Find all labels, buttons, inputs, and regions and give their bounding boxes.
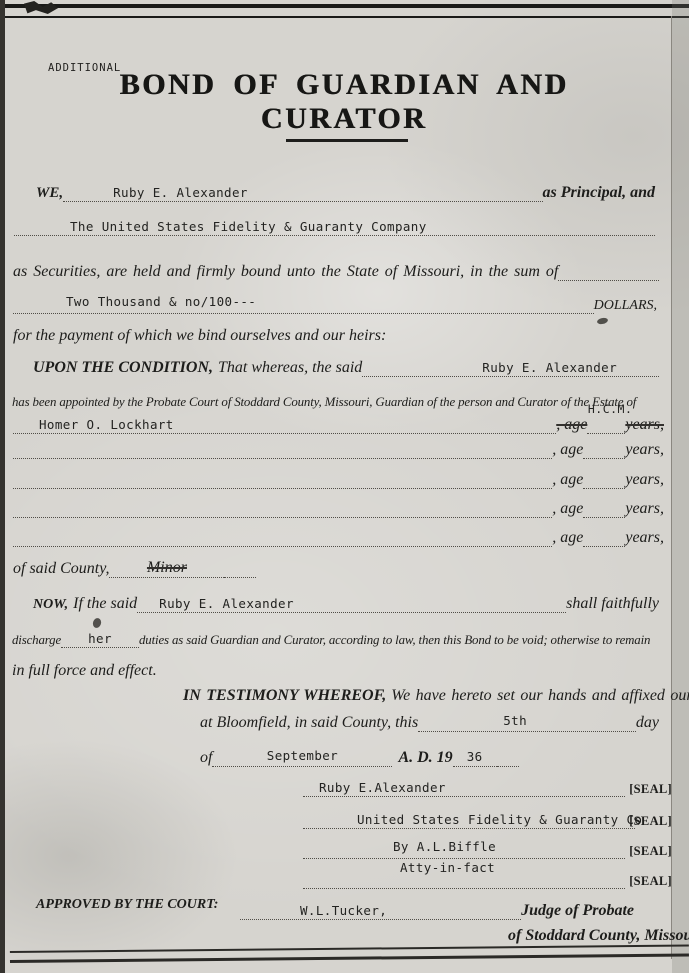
discharge-line: discharge her duties as said Guardian an… [12,627,650,648]
dotted-rule: Ruby E. Alexander [63,185,542,202]
dotted-rule: United States Fidelity & Guaranty Co [303,812,635,829]
duties-clause: duties as said Guardian and Curator, acc… [139,633,650,648]
seal-label: [SEAL] [629,814,672,829]
now-label: NOW, [33,597,68,613]
judge-title: Judge of Probate [521,902,634,920]
judge-title-line-2: of Stoddard County, Missouri. [508,925,689,945]
signature-name-surety: United States Fidelity & Guaranty Co [357,812,642,827]
dotted-rule [583,532,625,547]
testimony-whereof-label: IN TESTIMONY WHEREOF, [183,687,386,705]
title-divider [286,139,408,142]
condition-name: Ruby E. Alexander [482,360,617,375]
dotted-rule [583,503,625,518]
payment-clause: for the payment of which we bind ourselv… [13,327,386,345]
bottom-border-rule [10,944,689,963]
dotted-rule [13,546,552,547]
county-line: of said County, Minor [13,557,256,578]
surety-line: The United States Fidelity & Guaranty Co… [14,215,655,236]
ink-smudge [596,317,608,325]
day-value: 5th [503,713,527,728]
discharge-label: discharge [12,633,61,648]
approved-by-court-label: APPROVED BY THE COURT: [36,897,218,913]
age-label: , age [552,471,583,489]
signature-name-attorney: By A.L.Biffle [393,839,496,854]
securities-line: as Securities, are held and firmly bound… [13,260,659,281]
struck-age-label: , age [556,416,587,434]
year-value: 36 [467,749,483,764]
payment-line: for the payment of which we bind ourselv… [13,325,386,345]
scan-left-edge [0,0,5,973]
age-label: , age [552,441,583,459]
dotted-rule [13,517,552,518]
now-line: NOW, If the said Ruby E. Alexander shall… [33,592,659,613]
whereas-clause: That whereas, the said [218,359,362,377]
dotted-rule: By A.L.Biffle [303,839,625,859]
of-county-label: of said County, [13,560,109,578]
age-line: , age years, [13,498,664,518]
document-title: BOND OF GUARDIAN AND CURATOR [40,68,648,136]
signature-line-2: United States Fidelity & Guaranty Co [SE… [303,808,672,829]
ward-initials: H.C.M. [588,402,633,416]
surety-name: The United States Fidelity & Guaranty Co… [70,219,427,234]
faithfully-label: shall faithfully [566,595,659,613]
dotted-rule [583,474,625,489]
day-label: day [636,714,659,732]
judge-signature-line: W.L.Tucker, Judge of Probate [240,899,634,920]
dotted-rule [497,754,519,767]
top-border-rule [0,4,689,18]
judge-title-county: of Stoddard County, Missouri. [508,927,689,945]
testimony-clause: We have hereto set our hands and affixed… [391,687,689,705]
dotted-rule: 36 [453,749,497,767]
execution-date-line: of September A. D. 19 36 [200,746,519,767]
condition-line: UPON THE CONDITION, That whereas, the sa… [33,356,659,377]
dotted-rule: Homer O. Lockhart [13,417,556,434]
seal-label: [SEAL] [629,874,672,889]
dotted-rule: Ruby E.Alexander [303,780,625,797]
obligor-name: Ruby E. Alexander [159,596,294,611]
struck-years-label: years, [625,416,664,434]
dotted-rule: her [61,631,139,648]
dotted-rule: The United States Fidelity & Guaranty Co… [14,219,655,236]
upon-condition-label: UPON THE CONDITION, [33,359,213,377]
force-line: in full force and effect. [12,660,157,680]
dotted-rule: W.L.Tucker, [240,903,521,920]
minor-label-struck: Minor [147,559,187,577]
dotted-rule: September [212,748,392,767]
judge-name: W.L.Tucker, [300,903,387,918]
age-line: , age years, [13,469,664,489]
seal-label: [SEAL] [629,782,672,797]
scanned-bond-document: ADDITIONAL BOND OF GUARDIAN AND CURATOR … [0,0,689,973]
years-label: years, [625,500,664,518]
dotted-rule: Two Thousand & no/100--- [13,294,594,314]
dotted-rule [13,488,552,489]
age-label: , age [552,500,583,518]
principal-name: Ruby E. Alexander [113,185,248,200]
force-clause: in full force and effect. [12,662,157,680]
approved-line: APPROVED BY THE COURT: [36,893,218,913]
ward-name: Homer O. Lockhart [39,417,174,432]
age-line: , age years, [13,439,664,459]
age-label: , age [552,529,583,547]
age-line: , age years, [13,527,664,547]
years-label: years, [625,441,664,459]
pronoun-value: her [88,631,112,646]
scan-right-margin [672,0,689,973]
years-label: years, [625,471,664,489]
signature-name-principal: Ruby E.Alexander [319,780,446,795]
signature-line-4: [SEAL] [303,868,672,889]
dotted-rule [224,565,256,578]
execution-place-line: at Bloomfield, in said County, this 5th … [200,711,659,732]
we-label: WE, [36,185,63,202]
bond-amount: Two Thousand & no/100--- [66,294,256,309]
of-label: of [200,749,212,767]
ward-initials-block: H.C.M. , age years, [556,402,664,434]
seal-label: [SEAL] [629,844,672,859]
dollars-label: DOLLARS, [594,298,657,314]
testimony-line: IN TESTIMONY WHEREOF, We have hereto set… [183,685,689,705]
dotted-rule: Ruby E. Alexander [137,596,566,613]
principal-line: WE, Ruby E. Alexander as Principal, and [36,181,655,202]
month-value: September [267,748,338,763]
at-county-clause: at Bloomfield, in said County, this [200,714,418,732]
dotted-rule: Minor [109,559,224,578]
dotted-rule [558,280,659,281]
dotted-rule [303,888,625,889]
securities-clause: as Securities, are held and firmly bound… [13,263,558,281]
dotted-rule: 5th [418,713,636,732]
dotted-rule [587,419,625,434]
if-said-label: If the said [73,595,137,613]
ad-label: A. D. 19 [398,749,452,767]
signature-line-1: Ruby E.Alexander [SEAL] [303,776,672,797]
dotted-rule [13,458,552,459]
ward-line: Homer O. Lockhart H.C.M. , age years, [13,405,664,434]
signature-line-3: By A.L.Biffle [SEAL] [303,838,672,859]
amount-line: Two Thousand & no/100--- DOLLARS, [13,293,657,314]
dotted-rule: Ruby E. Alexander [362,360,659,377]
as-principal-label: as Principal, and [543,184,655,202]
years-label: years, [625,529,664,547]
dotted-rule [583,444,625,459]
